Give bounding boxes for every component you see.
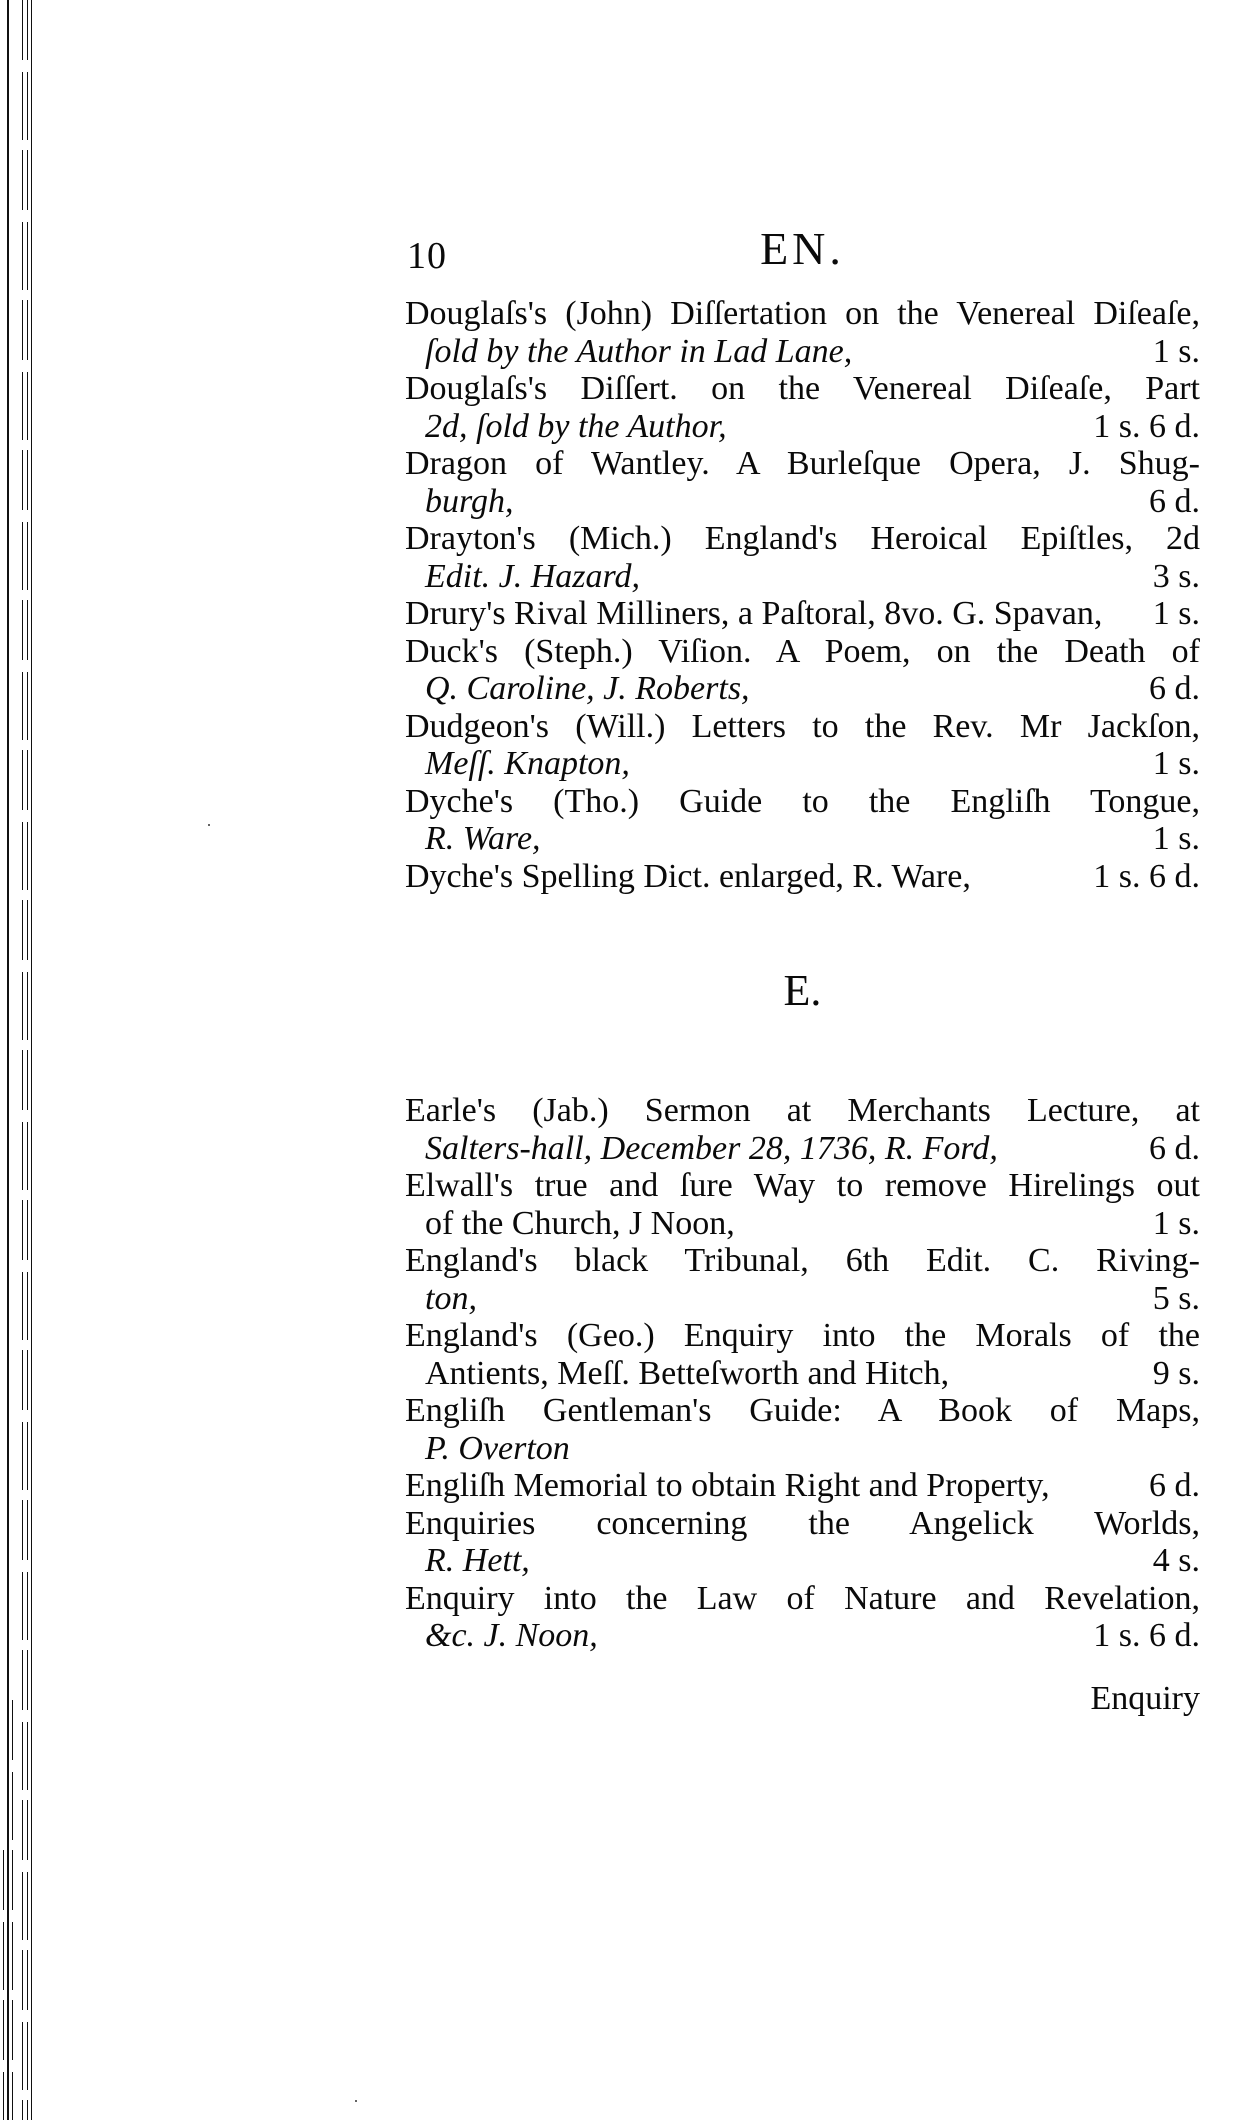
entry-line: Douglaſs's Diſſert. on the Venereal Diſe…: [405, 370, 1200, 408]
entry-line: &c. J. Noon,1 s. 6 d.: [405, 1617, 1200, 1655]
entry-line: Dudgeon's (Will.) Letters to the Rev. Mr…: [405, 708, 1200, 746]
entry-price: 1 s.: [1153, 333, 1200, 371]
entry-line: of the Church, J Noon,1 s.: [405, 1205, 1200, 1243]
entry-price: 6 d.: [1149, 483, 1200, 521]
entry-price: 1 s.: [1153, 745, 1200, 783]
entry-line: Engliſh Memorial to obtain Right and Pro…: [405, 1467, 1200, 1505]
entry-price: 6 d.: [1149, 1130, 1200, 1168]
binding-edge-line: [27, 0, 28, 2120]
entry-line: ton,5 s.: [405, 1280, 1200, 1318]
entry-line: Antients, Meſſ. Betteſworth and Hitch,9 …: [405, 1355, 1200, 1393]
binding-edge-line: [7, 0, 9, 2120]
running-head: 10 EN.: [405, 222, 1200, 282]
entry-price: 1 s. 6 d.: [1093, 1617, 1200, 1655]
entry-price: 1 s. 6 d.: [1093, 408, 1200, 446]
entry-price: 1 s.: [1153, 1205, 1200, 1243]
entry-line: Drayton's (Mich.) England's Heroical Epi…: [405, 520, 1200, 558]
entry-line: Duck's (Steph.) Viſion. A Poem, on the D…: [405, 633, 1200, 671]
entry-price: 3 s.: [1153, 558, 1200, 596]
entry-price: 6 d.: [1149, 1467, 1200, 1505]
entry-price: 6 d.: [1149, 670, 1200, 708]
entry-price: 1 s. 6 d.: [1093, 858, 1200, 896]
entry-price: 1 s.: [1153, 820, 1200, 858]
entry-line: England's (Geo.) Enquiry into the Morals…: [405, 1317, 1200, 1355]
entry-price: 5 s.: [1153, 1280, 1200, 1318]
binding-edge-line: [12, 1700, 13, 2120]
entry-price: 9 s.: [1153, 1355, 1200, 1393]
section-d-entries: Douglaſs's (John) Diſſertation on the Ve…: [405, 295, 1200, 895]
entry-line: Drury's Rival Milliners, a Paſtoral, 8vo…: [405, 595, 1200, 633]
entry-line: Salters-hall, December 28, 1736, R. Ford…: [405, 1130, 1200, 1168]
entry-line: Dyche's (Tho.) Guide to the Engliſh Tong…: [405, 783, 1200, 821]
entry-line: R. Hett,4 s.: [405, 1542, 1200, 1580]
section-e-entries: Earle's (Jab.) Sermon at Merchants Lectu…: [405, 1092, 1200, 1655]
entry-line: 2d, ſold by the Author,1 s. 6 d.: [405, 408, 1200, 446]
entry-line: Q. Caroline, J. Roberts,6 d.: [405, 670, 1200, 708]
entry-line: R. Ware,1 s.: [405, 820, 1200, 858]
entry-line: Engliſh Gentleman's Guide: A Book of Map…: [405, 1392, 1200, 1430]
entry-line: Meſſ. Knapton,1 s.: [405, 745, 1200, 783]
entry-line: burgh,6 d.: [405, 483, 1200, 521]
entry-price: 4 s.: [1153, 1542, 1200, 1580]
entry-line: ſold by the Author in Lad Lane,1 s.: [405, 333, 1200, 371]
section-heading: E.: [405, 965, 1200, 1016]
entry-line: Elwall's true and ſure Way to remove Hir…: [405, 1167, 1200, 1205]
scan-speck: [208, 824, 210, 826]
catchword: Enquiry: [1090, 1680, 1200, 1718]
entry-line: Douglaſs's (John) Diſſertation on the Ve…: [405, 295, 1200, 333]
binding-edge-line: [3, 1850, 4, 2120]
entry-line: Enquiries concerning the Angelick Worlds…: [405, 1505, 1200, 1543]
entry-line: P. Overton: [405, 1430, 1200, 1468]
entry-price: 1 s.: [1153, 595, 1200, 633]
scan-speck: [355, 2100, 357, 2102]
entry-line: Dragon of Wantley. A Burleſque Opera, J.…: [405, 445, 1200, 483]
entry-line: Enquiry into the Law of Nature and Revel…: [405, 1580, 1200, 1618]
entry-line: Dyche's Spelling Dict. enlarged, R. Ware…: [405, 858, 1200, 896]
running-title: EN.: [405, 222, 1200, 275]
entry-line: Edit. J. Hazard,3 s.: [405, 558, 1200, 596]
binding-edge-line: [31, 0, 32, 2120]
binding-edge-line: [22, 0, 23, 2120]
entry-line: Earle's (Jab.) Sermon at Merchants Lectu…: [405, 1092, 1200, 1130]
entry-line: England's black Tribunal, 6th Edit. C. R…: [405, 1242, 1200, 1280]
